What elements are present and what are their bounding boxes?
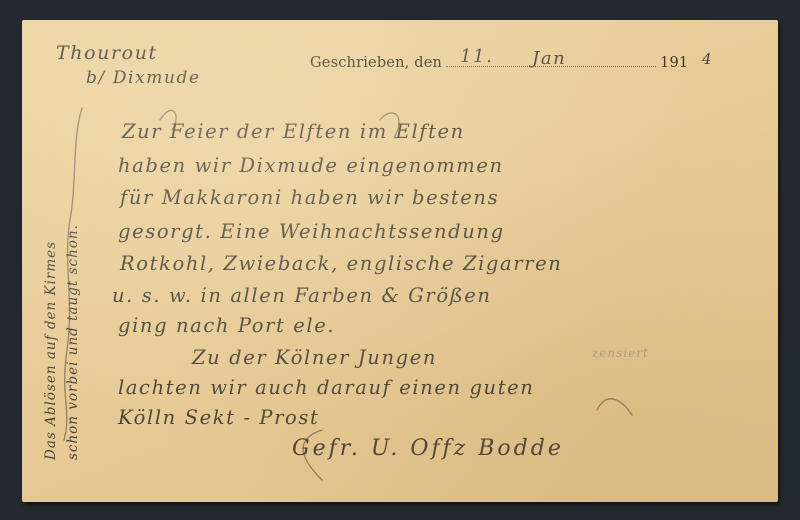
margin-note: Das Ablösen auf den Kirmes schon vorbei … — [40, 224, 84, 460]
body-line: Kölln Sekt - Prost — [118, 406, 319, 429]
signature: Gefr. U. Offz Bodde — [292, 436, 564, 461]
margin-note-line2: schon vorbei und taugt schon. — [62, 224, 84, 460]
body-line: für Makkaroni haben wir bestens — [120, 186, 499, 209]
faint-stamp: zensiert — [592, 346, 649, 360]
handwritten-day: 11. — [460, 46, 493, 67]
body-line: Zur Feier der Elften im Elften — [122, 120, 465, 143]
body-line: Zu der Kölner Jungen — [192, 346, 437, 369]
printed-date-label: Geschrieben, den — [310, 55, 442, 71]
handwritten-year-digit: 4 — [702, 50, 713, 68]
body-line: u. s. w. in allen Farben & Größen — [112, 284, 492, 307]
printed-date-line: Geschrieben, den 191 — [310, 54, 750, 78]
body-line: Rotkohl, Zwieback, englische Zigarren — [120, 252, 562, 275]
margin-note-line1: Das Ablösen auf den Kirmes — [40, 224, 62, 460]
sender-place-line1: Thourout — [56, 42, 158, 64]
body-line: ging nach Port ele. — [118, 314, 335, 337]
printed-year-prefix: 191 — [660, 55, 688, 71]
sender-place-line2: b/ Dixmude — [86, 68, 201, 88]
handwritten-month: Jan — [532, 48, 566, 69]
body-line: lachten wir auch darauf einen guten — [118, 376, 534, 399]
postcard: Thourout b/ Dixmude Geschrieben, den 191… — [22, 20, 778, 502]
body-line: gesorgt. Eine Weihnachtssendung — [118, 220, 505, 243]
body-line: haben wir Dixmude eingenommen — [118, 154, 504, 177]
